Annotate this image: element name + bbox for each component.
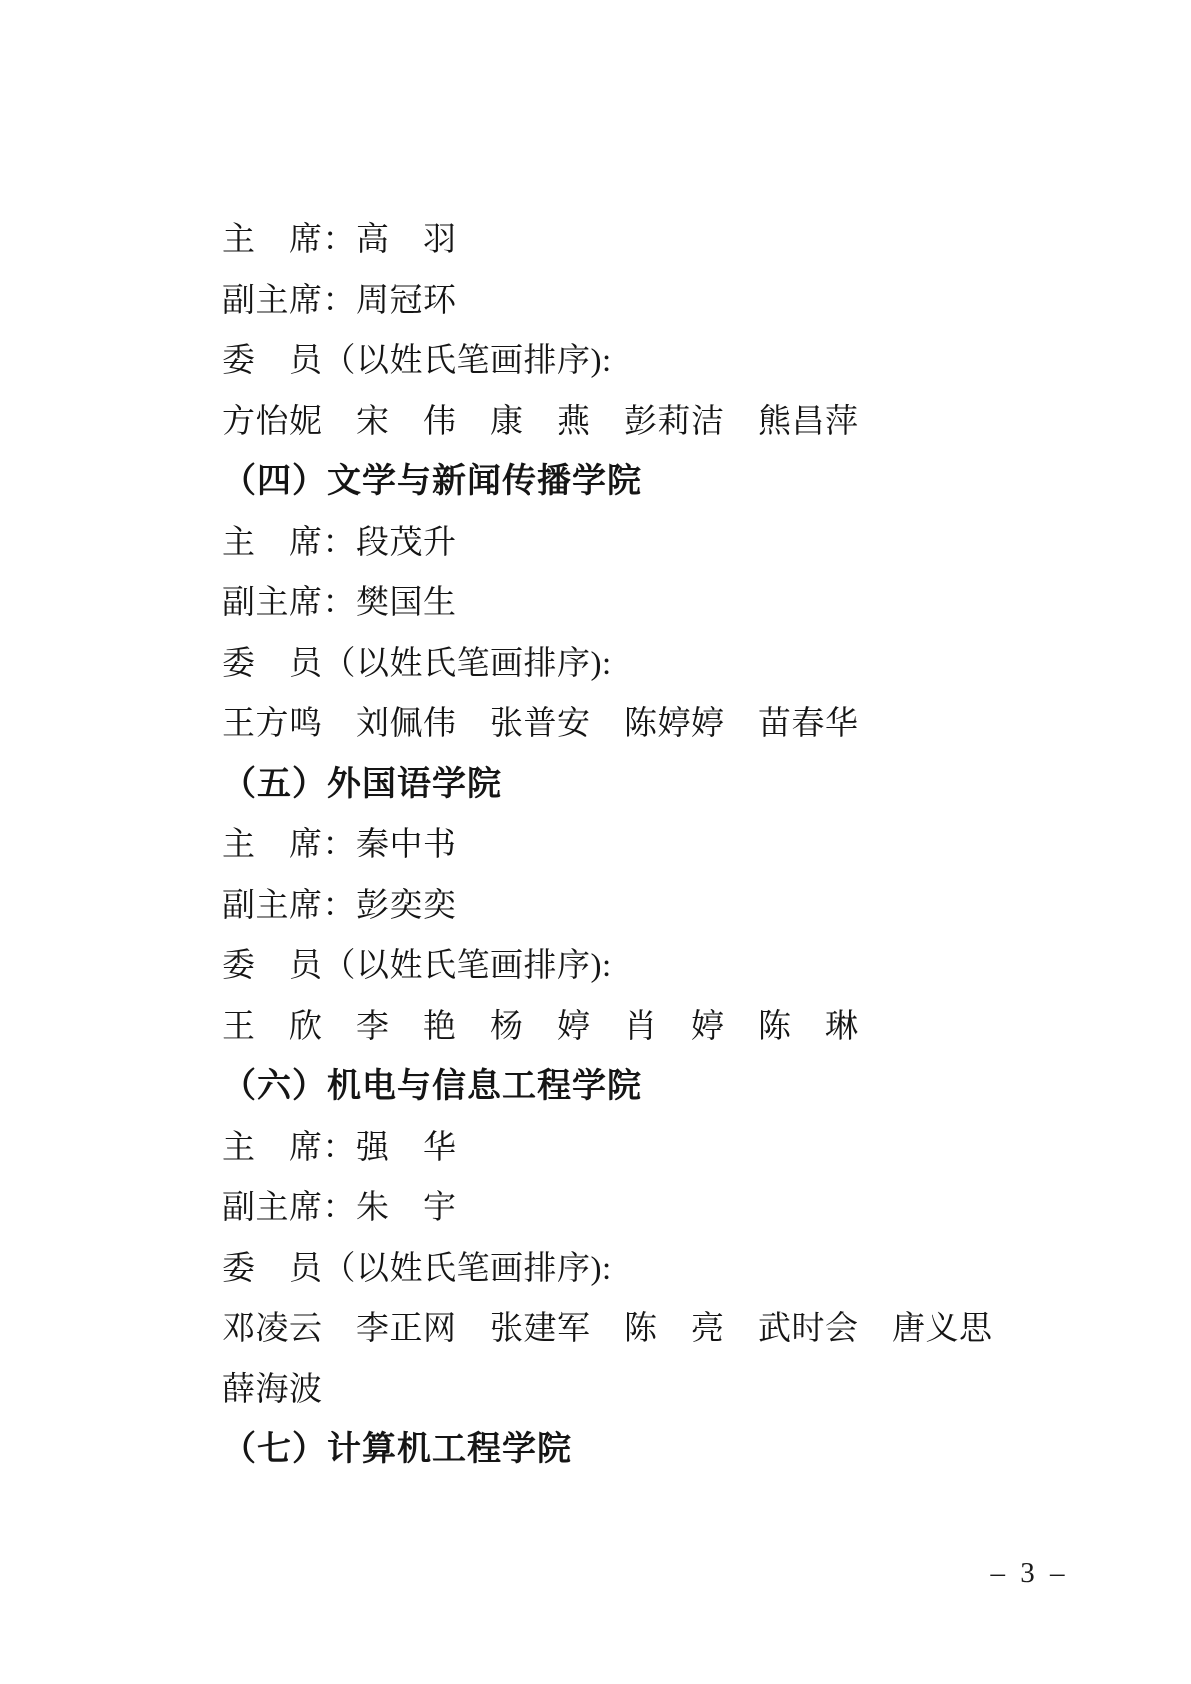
members-row: 方怡妮 宋 伟 康 燕 彭莉洁 熊昌萍 xyxy=(222,392,1012,453)
vice-chair-line: 副主席：朱 宇 xyxy=(222,1178,1012,1239)
chair-label: 主 席： xyxy=(222,222,356,258)
chair-name: 高 羽 xyxy=(356,222,457,258)
page-footer: – 3 – xyxy=(968,1510,1069,1552)
members-heading: 委 员（以姓氏笔画排序): xyxy=(222,331,1012,392)
members-heading: 委 员（以姓氏笔画排序): xyxy=(222,1239,1012,1300)
chair-name: 强 华 xyxy=(356,1130,457,1166)
committee-section-5: （五）外国语学院 主 席：秦中书 副主席：彭奕奕 委 员（以姓氏笔画排序): 王… xyxy=(222,755,1012,1058)
members-row-wrap: 薛海波 xyxy=(222,1360,1012,1421)
vice-chair-label: 副主席： xyxy=(222,1190,356,1226)
vice-chair-label: 副主席： xyxy=(222,888,356,924)
vice-chair-line: 副主席：彭奕奕 xyxy=(222,876,1012,937)
page-number: – 3 – xyxy=(991,1557,1069,1589)
members-row: 邓凌云 李正网 张建军 陈 亮 武时会 唐义思 xyxy=(222,1299,1012,1360)
committee-section-4: （四）文学与新闻传播学院 主 席：段茂升 副主席：樊国生 委 员（以姓氏笔画排序… xyxy=(222,452,1012,755)
vice-chair-label: 副主席： xyxy=(222,283,356,319)
vice-chair-label: 副主席： xyxy=(222,585,356,621)
committee-heading: （四）文学与新闻传播学院 xyxy=(222,452,1012,513)
vice-chair-name: 樊国生 xyxy=(356,585,457,621)
chair-label: 主 席： xyxy=(222,827,356,863)
vice-chair-line: 副主席：樊国生 xyxy=(222,573,1012,634)
chair-line: 主 席：秦中书 xyxy=(222,815,1012,876)
vice-chair-name: 周冠环 xyxy=(356,283,457,319)
chair-name: 段茂升 xyxy=(356,525,457,561)
committee-heading: （六）机电与信息工程学院 xyxy=(222,1057,1012,1118)
vice-chair-name: 彭奕奕 xyxy=(356,888,457,924)
committee-heading: （七）计算机工程学院 xyxy=(222,1420,1012,1481)
chair-label: 主 席： xyxy=(222,525,356,561)
committee-section-7: （七）计算机工程学院 xyxy=(222,1420,1012,1481)
chair-line: 主 席：段茂升 xyxy=(222,513,1012,574)
vice-chair-name: 朱 宇 xyxy=(356,1190,457,1226)
chair-label: 主 席： xyxy=(222,1130,356,1166)
vice-chair-line: 副主席：周冠环 xyxy=(222,271,1012,332)
committee-section-6: （六）机电与信息工程学院 主 席：强 华 副主席：朱 宇 委 员（以姓氏笔画排序… xyxy=(222,1057,1012,1420)
members-row: 王方鸣 刘佩伟 张普安 陈婷婷 苗春华 xyxy=(222,694,1012,755)
members-heading: 委 员（以姓氏笔画排序): xyxy=(222,936,1012,997)
chair-name: 秦中书 xyxy=(356,827,457,863)
committee-section-continued: 主 席：高 羽 副主席：周冠环 委 员（以姓氏笔画排序): 方怡妮 宋 伟 康 … xyxy=(222,210,1012,452)
document-body: 主 席：高 羽 副主席：周冠环 委 员（以姓氏笔画排序): 方怡妮 宋 伟 康 … xyxy=(222,210,1012,1481)
chair-line: 主 席：高 羽 xyxy=(222,210,1012,271)
committee-heading: （五）外国语学院 xyxy=(222,755,1012,816)
members-row: 王 欣 李 艳 杨 婷 肖 婷 陈 琳 xyxy=(222,997,1012,1058)
chair-line: 主 席：强 华 xyxy=(222,1118,1012,1179)
members-heading: 委 员（以姓氏笔画排序): xyxy=(222,634,1012,695)
